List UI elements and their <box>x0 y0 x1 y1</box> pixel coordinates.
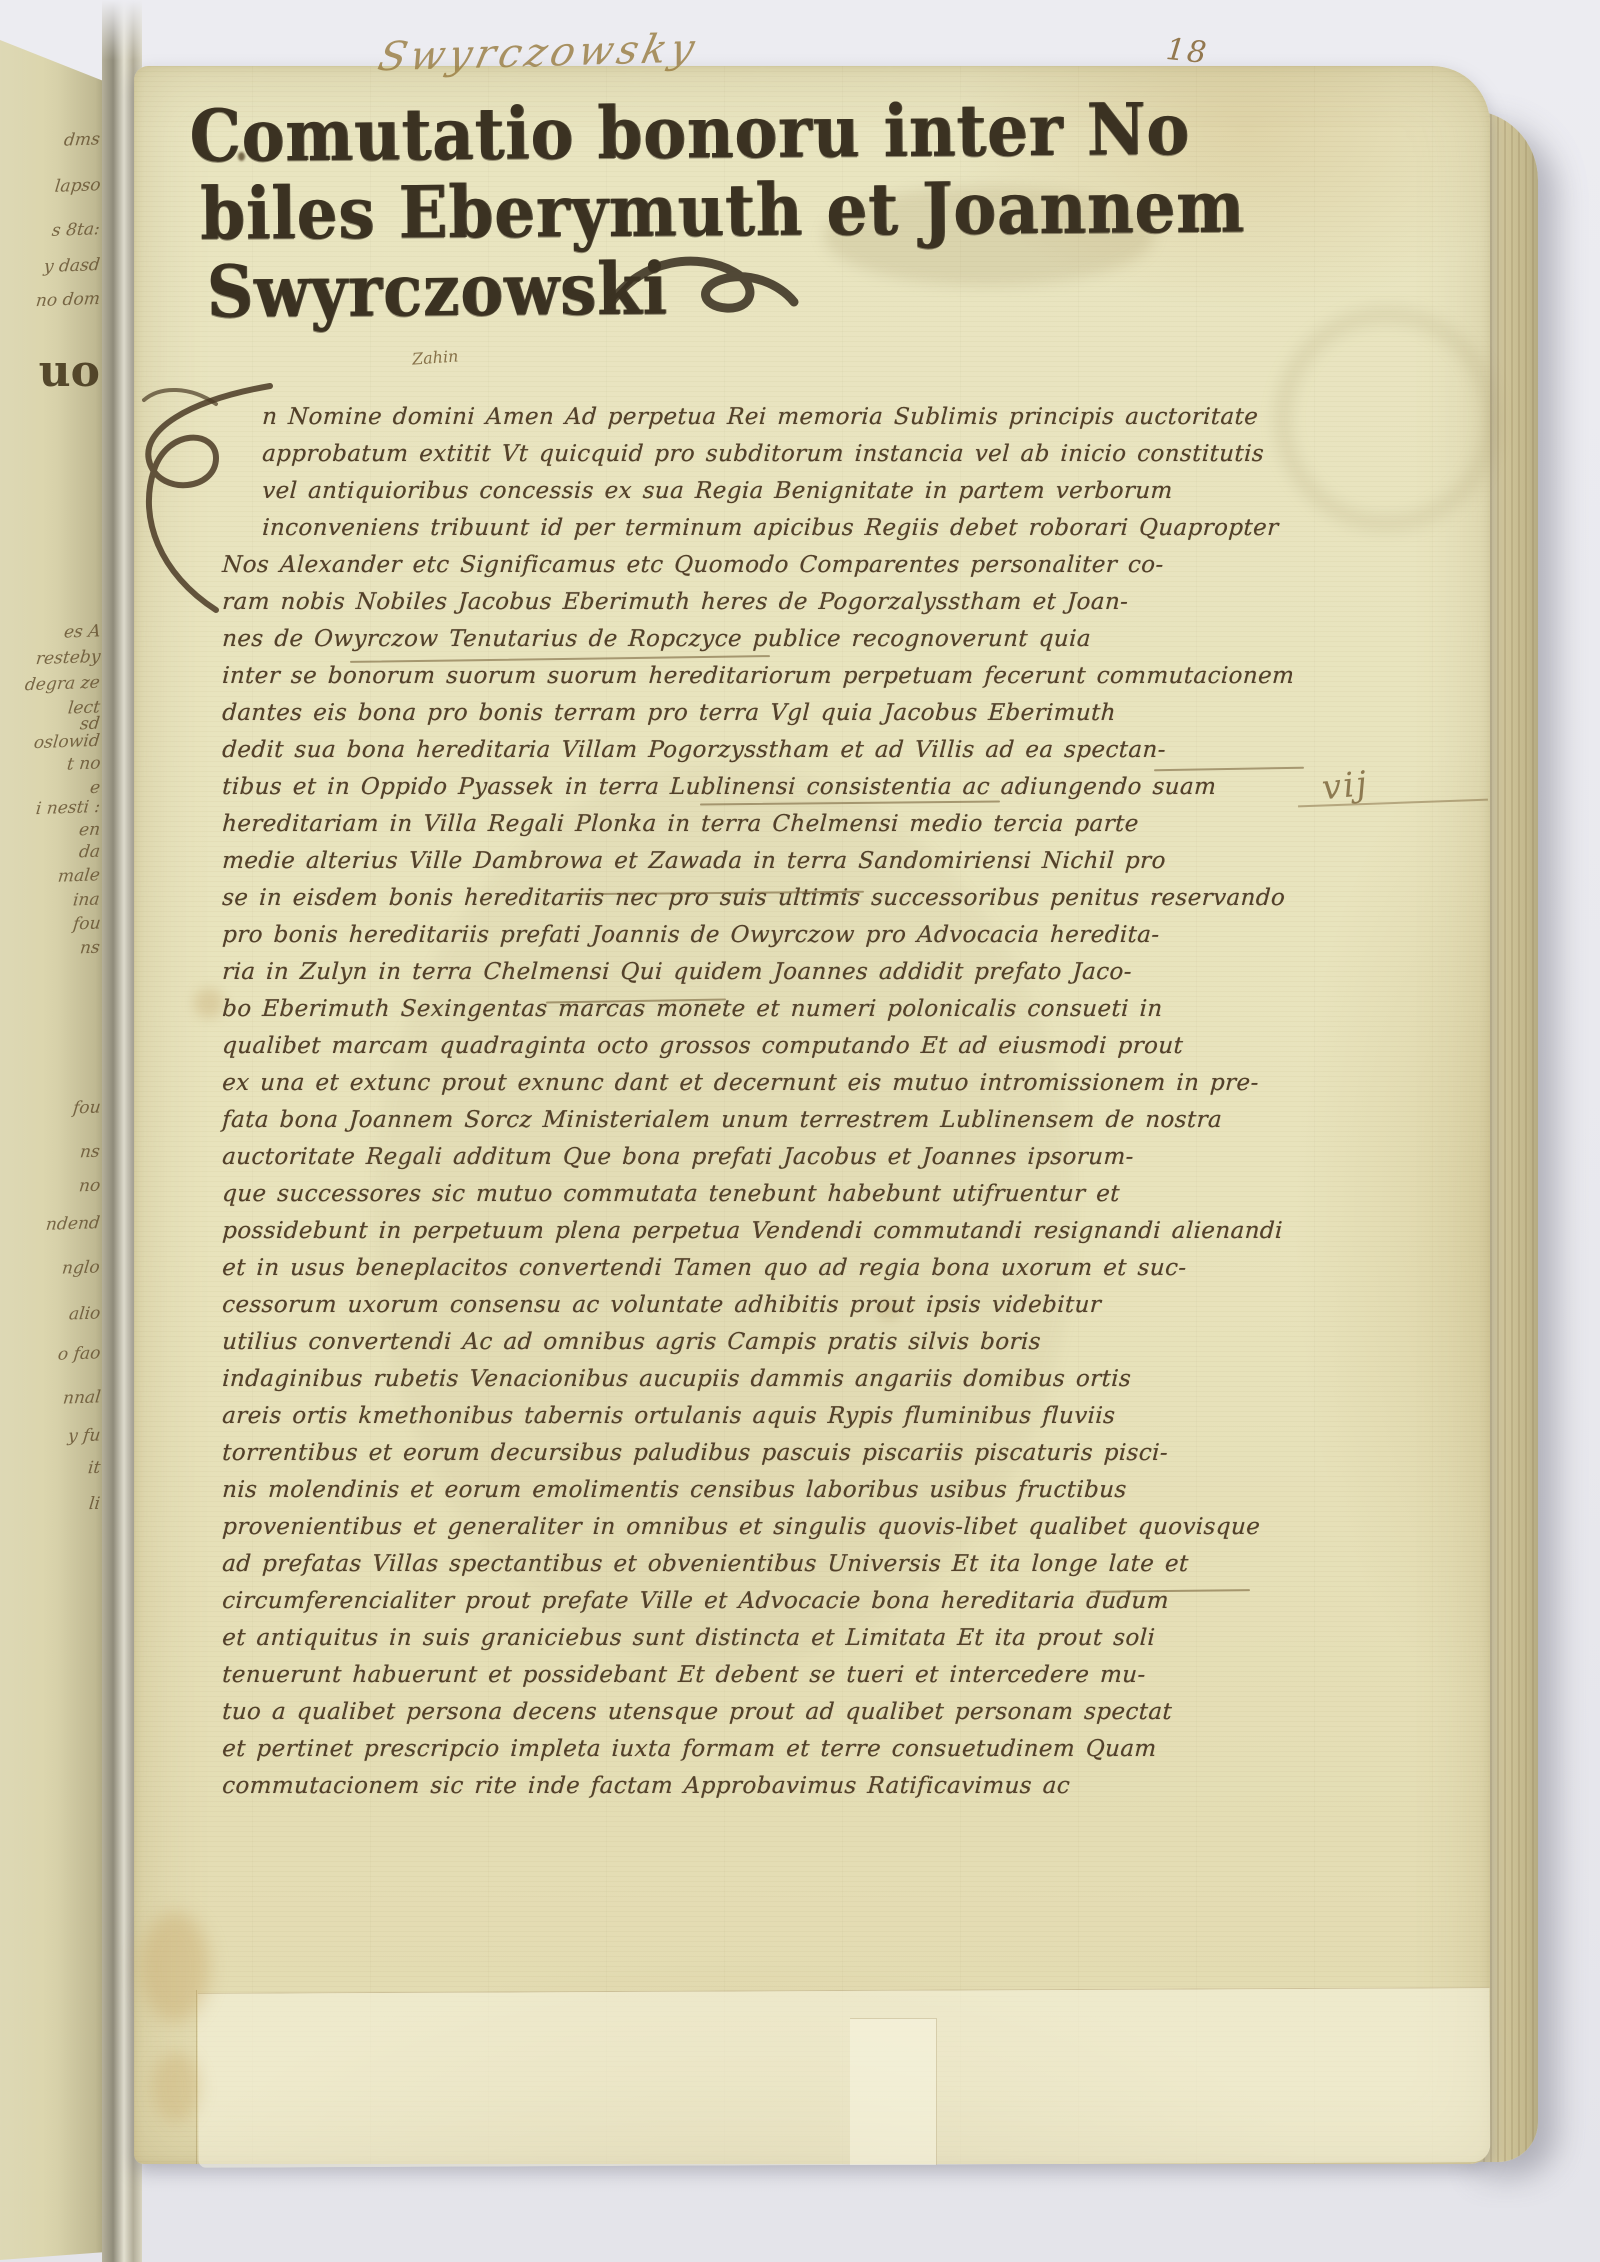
manuscript-page: Swyrczowsky 18 Comutatio bonoru inter No… <box>134 66 1490 2164</box>
scanned-manuscript-photo: dmslapsos 8ta:y dasdno domuoes Arestebyd… <box>0 0 1600 2262</box>
left-page-text-fragment: y fu <box>67 1427 101 1445</box>
previous-page-edge: dmslapsos 8ta:y dasdno domuoes Arestebyd… <box>0 0 106 2262</box>
left-page-text-fragment: uo <box>39 352 100 392</box>
body-text-line: hereditariam in Villa Regali Plonka in t… <box>221 809 1323 846</box>
body-text-line: ram nobis Nobiles Jacobus Eberimuth here… <box>221 587 1323 624</box>
left-page-text-fragment: no <box>78 1178 101 1196</box>
left-page-text-fragment: lapso <box>54 177 101 196</box>
left-page-text-fragment: ndend <box>45 1215 101 1234</box>
title-flourish-stroke <box>602 244 802 334</box>
body-text-line: possidebunt in perpetuum plena perpetua … <box>221 1216 1323 1253</box>
body-text-line: provenientibus et generaliter in omnibus… <box>221 1512 1323 1549</box>
left-page-text-fragment: oslowid <box>33 733 101 752</box>
body-text-line: que successores sic mutuo commutata tene… <box>221 1179 1323 1216</box>
repair-patch-bottom <box>198 1987 1491 2168</box>
body-text-line: pro bonis hereditariis prefati Joannis d… <box>221 920 1323 957</box>
left-page-text-fragment: s 8ta: <box>51 221 101 240</box>
repair-patch-left-seam <box>196 1990 197 2164</box>
body-text-line: fata bona Joannem Sorcz Ministerialem un… <box>221 1105 1323 1142</box>
body-text-line: inter se bonorum suorum suorum hereditar… <box>221 661 1323 698</box>
body-text-line: auctoritate Regali additum Que bona pref… <box>221 1142 1323 1179</box>
body-text-line: se in eisdem bonis hereditariis nec pro … <box>221 883 1323 920</box>
left-page-text-fragment: i nesti : <box>35 799 101 818</box>
body-text-line: dedit sua bona hereditaria Villam Pogorz… <box>221 735 1323 772</box>
tan-stain <box>194 988 224 1018</box>
left-page-text-fragment: li <box>88 1496 101 1513</box>
body-text-line: Nos Alexander etc Significamus etc Quomo… <box>221 550 1323 587</box>
left-page-text-fragment: fou <box>72 916 101 934</box>
body-text-line: torrentibus et eorum decursibus paludibu… <box>221 1438 1323 1475</box>
body-text-line: nes de Owyrczow Tenutarius de Ropczyce p… <box>221 624 1323 661</box>
left-page-text-fragment: ina <box>73 892 101 910</box>
left-page-text-fragment: da <box>78 844 101 862</box>
body-text-line: nis molendinis et eorum emolimentis cens… <box>221 1475 1323 1512</box>
left-page-text-fragment: dms <box>63 131 101 149</box>
body-text-line: dantes eis bona pro bonis terram pro ter… <box>221 698 1323 735</box>
left-page-text-fragment: nnal <box>62 1389 101 1407</box>
faded-header-inscription: Swyrczowsky <box>374 26 703 81</box>
left-page-text-fragment: ns <box>79 1144 101 1162</box>
body-text-line: approbatum extitit Vt quicquid pro subdi… <box>221 439 1323 476</box>
body-text-line: ria in Zulyn in terra Chelmensi Qui quid… <box>221 957 1323 994</box>
body-text-line: vel antiquioribus concessis ex sua Regia… <box>221 476 1323 513</box>
body-text-line: n Nomine domini Amen Ad perpetua Rei mem… <box>221 402 1323 439</box>
left-page-text-fragment: male <box>57 867 101 885</box>
left-page-text-fragment: nglo <box>62 1259 101 1277</box>
left-page-text-fragment: t no <box>66 755 101 773</box>
left-page-text-fragment: resteby <box>35 649 101 668</box>
body-text-block: n Nomine domini Amen Ad perpetua Rei mem… <box>222 402 1322 1808</box>
folio-number: 18 <box>1164 32 1210 71</box>
body-text-line: indaginibus rubetis Venacionibus aucupii… <box>221 1364 1323 1401</box>
body-text-line: ad prefatas Villas spectantibus et obven… <box>221 1549 1323 1586</box>
body-text-line: et antiquitus in suis graniciebus sunt d… <box>221 1623 1323 1660</box>
body-text-line: ex una et extunc prout exnunc dant et de… <box>221 1068 1323 1105</box>
body-text-line: cessorum uxorum consensu ac voluntate ad… <box>221 1290 1323 1327</box>
left-page-text-fragment: e <box>89 780 101 797</box>
body-text-line: medie alterius Ville Dambrowa et Zawada … <box>221 846 1323 883</box>
body-text-line: commutacionem sic rite inde factam Appro… <box>221 1771 1323 1808</box>
body-text-line: tuo a qualibet persona decens utensque p… <box>221 1697 1323 1734</box>
body-text-line: bo Eberimuth Sexingentas marcas monete e… <box>221 994 1323 1031</box>
body-text-line: utilius convertendi Ac ad omnibus agris … <box>221 1327 1323 1364</box>
tan-stain <box>152 2052 200 2122</box>
left-page-text-fragment: o fao <box>57 1345 101 1363</box>
left-page-text-fragment: no dom <box>35 291 101 310</box>
repair-patch-seam <box>850 2018 937 2165</box>
left-page-text-fragment: y dasd <box>43 257 101 276</box>
body-text-line: qualibet marcam quadraginta octo grossos… <box>221 1031 1323 1068</box>
left-page-text-fragment: es A <box>63 623 101 641</box>
left-page-text-fragment: en <box>78 822 101 840</box>
left-page-text-fragment: fou <box>72 1100 101 1118</box>
body-text-line: tenuerunt habuerunt et possidebant Et de… <box>221 1660 1323 1697</box>
previous-page-shading <box>0 0 106 2262</box>
left-page-text-fragment: alio <box>68 1305 101 1323</box>
body-text-line: inconveniens tribuunt id per terminum ap… <box>221 513 1323 550</box>
body-text-line: et pertinet prescripcio impleta iuxta fo… <box>221 1734 1323 1771</box>
left-page-text-fragment: ns <box>79 940 101 958</box>
margin-note: vij <box>1320 764 1371 809</box>
left-page-text-fragment: degra ze <box>24 675 101 695</box>
body-text-line: et in usus beneplacitos convertendi Tame… <box>221 1253 1323 1290</box>
body-text-line: areis ortis kmethonibus tabernis ortulan… <box>221 1401 1323 1438</box>
title-annotation: Zahin <box>411 346 459 368</box>
left-page-text-fragment: it <box>87 1460 101 1477</box>
